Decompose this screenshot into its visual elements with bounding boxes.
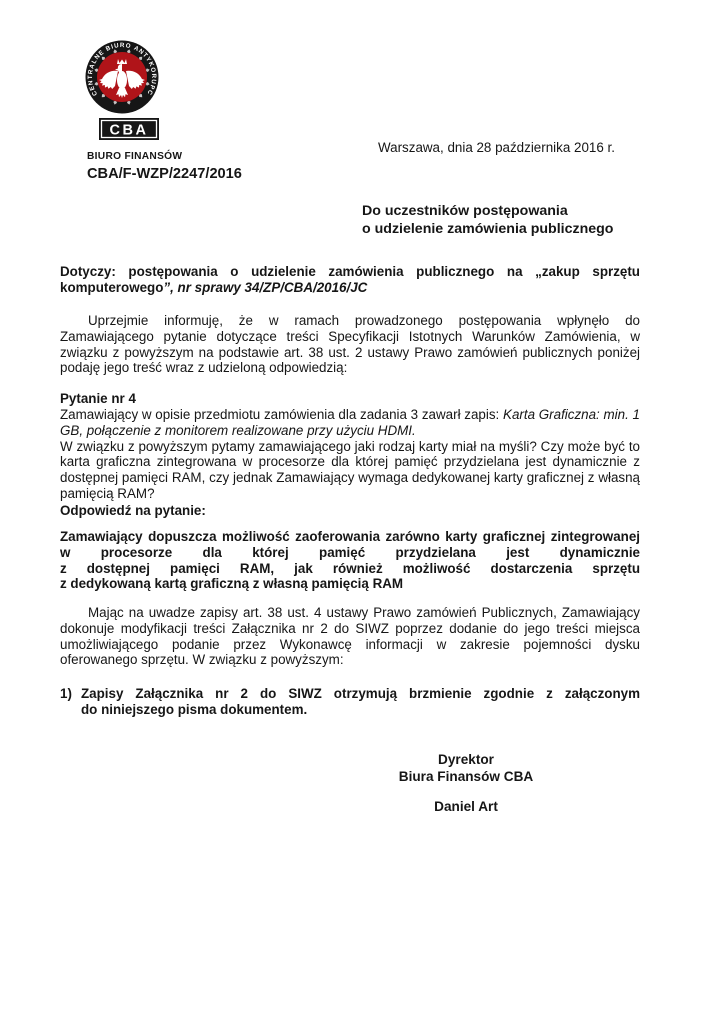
question-paragraph: Zamawiający w opisie przedmiotu zamówien…	[60, 407, 640, 502]
closing-paragraph: Mając na uwadze zapisy art. 38 ust. 4 us…	[60, 605, 640, 668]
list-item-marker: 1)	[60, 686, 72, 702]
answer-line: w procesorze dla której pamięć przydziel…	[60, 545, 640, 561]
question-lead: Zamawiający w opisie przedmiotu zamówien…	[60, 407, 503, 422]
list-item-line-2: do niniejszego pisma dokumentem.	[81, 702, 640, 718]
subject-paragraph: Dotyczy: postępowania o udzielenie zamów…	[60, 264, 640, 296]
signature-title-line-2: Biura Finansów CBA	[310, 768, 622, 785]
addressee-line-1: Do uczestników postępowania	[362, 202, 613, 220]
question-quote-line: Zamawiający w opisie przedmiotu zamówien…	[60, 407, 640, 439]
intro-paragraph: Uprzejmie informuję, że w ramach prowadz…	[60, 313, 640, 376]
cba-logo: CENTRALNE BIURO ANTYKORUPCYJNE	[85, 40, 159, 140]
cba-badge-text: CBA	[110, 123, 149, 139]
answer-paragraph: Zamawiający dopuszcza możliwość zaoferow…	[60, 529, 640, 592]
answer-line: z dedykowaną kartą graficzną z własną pa…	[60, 576, 640, 592]
letter-page: CENTRALNE BIURO ANTYKORUPCYJNE	[0, 0, 725, 1024]
list-item-1: 1) Zapisy Załącznika nr 2 do SIWZ otrzym…	[60, 686, 640, 718]
signature-name: Daniel Art	[310, 798, 622, 815]
addressee-block: Do uczestników postępowania o udzielenie…	[362, 202, 613, 238]
answer-line: Zamawiający dopuszcza możliwość zaoferow…	[60, 529, 640, 545]
list-item-line-1: Zapisy Załącznika nr 2 do SIWZ otrzymują…	[81, 686, 640, 702]
signature-block: Dyrektor Biura Finansów CBA Daniel Art	[310, 751, 622, 815]
question-body: W związku z powyższym pytamy zamawiające…	[60, 439, 640, 502]
addressee-line-2: o udzielenie zamówienia publicznego	[362, 220, 613, 238]
signature-title-line-1: Dyrektor	[310, 751, 622, 768]
reference-number: CBA/F-WZP/2247/2016	[87, 166, 242, 182]
answer-heading: Odpowiedź na pytanie:	[60, 503, 640, 519]
office-label: BIURO FINANSÓW	[87, 151, 182, 162]
question-heading: Pytanie nr 4	[60, 391, 640, 407]
place-date-line: Warszawa, dnia 28 października 2016 r.	[378, 140, 615, 155]
answer-line: z dostępnej pamięci RAM, jak również moż…	[60, 561, 640, 577]
subject-case-number: ”, nr sprawy 34/ZP/CBA/2016/JC	[163, 280, 367, 295]
